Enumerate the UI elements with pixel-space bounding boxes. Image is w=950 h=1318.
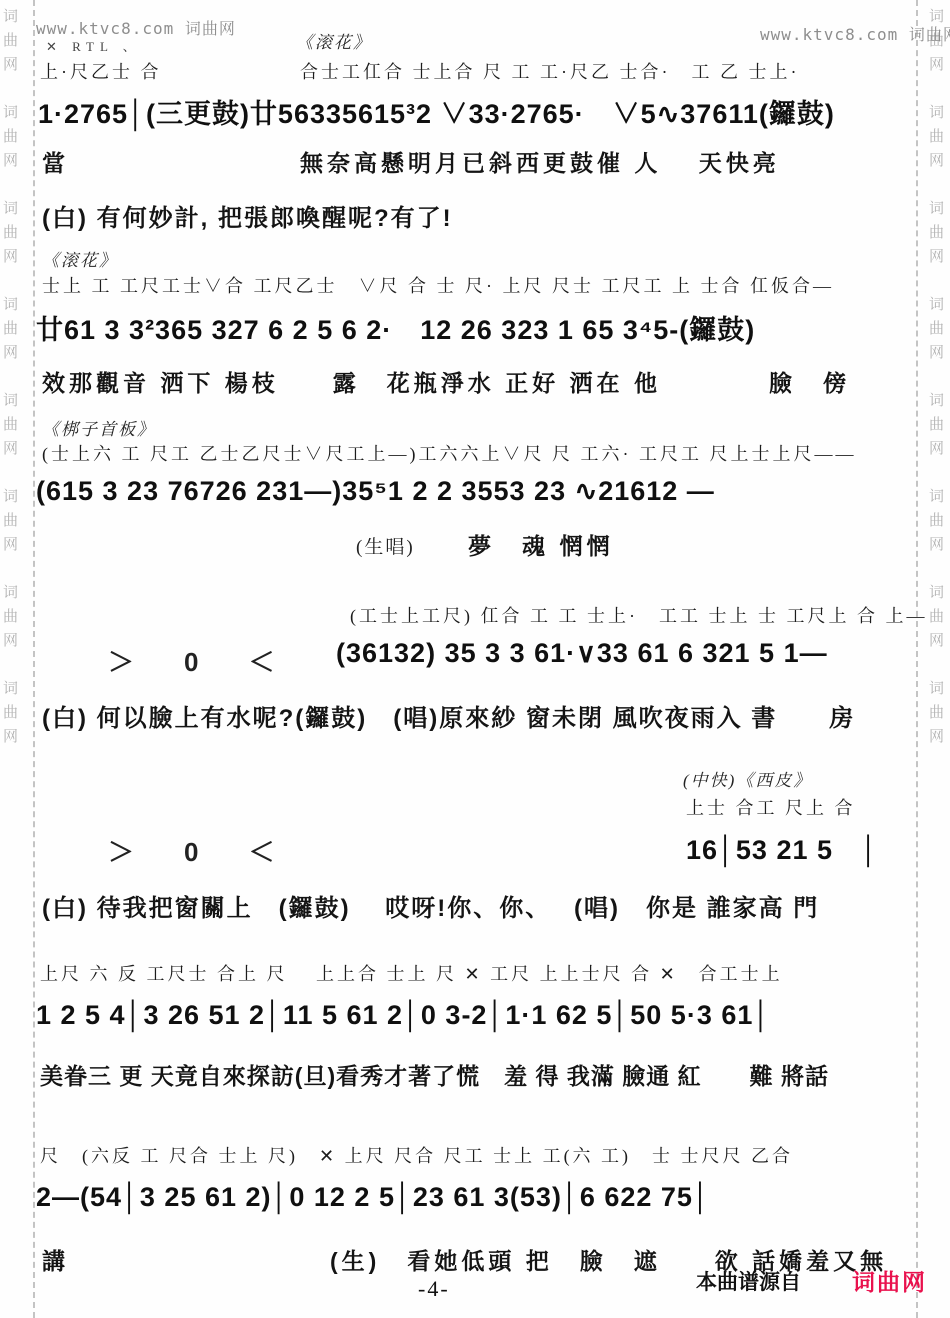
jianpu-row-6: 1 2 5 4│3 26 51 2│11 5 61 2│0 3-2│1·1 62… bbox=[36, 1000, 771, 1031]
jianpu-row-3: (615 3 23 76726 231—)35⁵1 2 2 3553 23 ∿2… bbox=[36, 476, 715, 507]
site-watermark-top-right: www.ktvc8.com 词曲网 bbox=[760, 22, 950, 45]
gongche-row-7: 尺 (六反 工 尺合 士上 尺) ✕ 上尺 尺合 尺工 士上 工(六 工) 士 … bbox=[40, 1142, 793, 1168]
jianpu-row-7: 2—(54│3 25 61 2)│0 12 2 5│23 61 3(53)│6 … bbox=[36, 1182, 711, 1213]
lyrics-row-2: 效那觀音 洒下 楊枝 露 花瓶淨水 正好 洒在 他 臉 傍 bbox=[42, 365, 850, 398]
tune-label-gunhua-2: 《滚花》 bbox=[42, 246, 118, 271]
lyrics-row-3: 夢 魂 惘惘 bbox=[468, 528, 613, 561]
role-tag-sheng: (生唱) bbox=[356, 532, 415, 559]
gongche-row-1-left: 上·尺乙士 合 bbox=[40, 58, 162, 84]
gongche-row-4: (工士上工尺) 仜合 工 工 士上· 工工 士上 士 工尺上 合 上— bbox=[350, 602, 927, 628]
rest-mark-2: ＞ 0 ＜ bbox=[108, 832, 286, 869]
jianpu-row-4: (36132) 35 3 3 61·∨33 61 6 321 5 1— bbox=[336, 638, 828, 669]
gongche-row-3: (士上六 工 尺工 乙士乙尺士∨尺工上—)工六六上∨尺 尺 工六· 工尺工 尺上… bbox=[42, 440, 856, 466]
margin-dotted-line-left bbox=[33, 0, 35, 1318]
spoken-line-3: (白) 待我把窗關上 (鑼鼓) 哎呀!你、你、 (唱) 你是 誰家高 門 bbox=[42, 888, 819, 923]
rest-mark-1: ＞ 0 ＜ bbox=[108, 642, 286, 679]
tune-label-bangzi: 《梆子首板》 bbox=[42, 415, 156, 440]
side-watermark-right: 词曲网 词曲网 词曲网 词曲网 词曲网 词曲网 词曲网 词曲网 bbox=[928, 8, 943, 752]
lyrics-row-1-right: 無奈高懸明月已斜西更鼓催 人 天快亮 bbox=[300, 145, 780, 178]
gongche-row-2: 士上 工 工尺工士∨合 工尺乙士 ∨尺 合 士 尺· 上尺 尺士 工尺工 上 士… bbox=[42, 272, 834, 298]
tune-label-xipi: (中快)《西皮》 bbox=[683, 766, 812, 791]
lyrics-row-1-left: 當 bbox=[42, 145, 69, 178]
gongche-row-6: 上尺 六 反 工尺士 合上 尺 上上合 士上 尺 ✕ 工尺 上上士尺 合 ✕ 合… bbox=[40, 960, 783, 986]
gongche-row-5: 上士 合工 尺上 合 bbox=[686, 794, 856, 820]
handwritten-marks: ✕ RTL 、 bbox=[46, 36, 142, 55]
page-number: -4- bbox=[418, 1276, 450, 1302]
lyrics-row-5-left: 講 bbox=[42, 1243, 69, 1276]
side-watermark-left: 词曲网 词曲网 词曲网 词曲网 词曲网 词曲网 词曲网 词曲网 bbox=[2, 8, 17, 752]
jianpu-row-5: 16│53 21 5 │ bbox=[686, 828, 879, 867]
gongche-row-1-right: 合士工仜合 士上合 尺 工 工·尺乙 士合· 工 乙 士上· bbox=[300, 58, 799, 84]
spoken-line-2: (白) 何以臉上有水呢?(鑼鼓) (唱)原來紗 窗未閉 風吹夜雨入 書 房 bbox=[42, 698, 855, 733]
jianpu-row-1: 1·2765│(三更鼓)廿56335615³2 ∨33·2765· ∨5∿376… bbox=[38, 92, 835, 131]
lyrics-row-5-right: (生) 看她低頭 把 臉 遮 欲 話嬌羞又無 bbox=[330, 1243, 887, 1276]
score-page: 词曲网 词曲网 词曲网 词曲网 词曲网 词曲网 词曲网 词曲网 词曲网 词曲网 … bbox=[0, 0, 950, 1318]
margin-dotted-line-right bbox=[916, 0, 918, 1318]
tune-label-gunhua-1: 《滚花》 bbox=[296, 28, 372, 53]
jianpu-row-2: 廿61 3 3²365 327 6 2 5 6 2· 12 26 323 1 6… bbox=[36, 308, 755, 347]
source-credit: 本曲谱源自 bbox=[696, 1266, 801, 1296]
spoken-line-1: (白) 有何妙計, 把張郎喚醒呢?有了! bbox=[42, 198, 453, 233]
lyrics-row-4: 美眷三 更 天竟自來探訪(旦)看秀才著了慌 羞 得 我滿 臉通 紅 難 將話 bbox=[40, 1058, 829, 1091]
source-brand: 词曲网 bbox=[852, 1264, 927, 1297]
